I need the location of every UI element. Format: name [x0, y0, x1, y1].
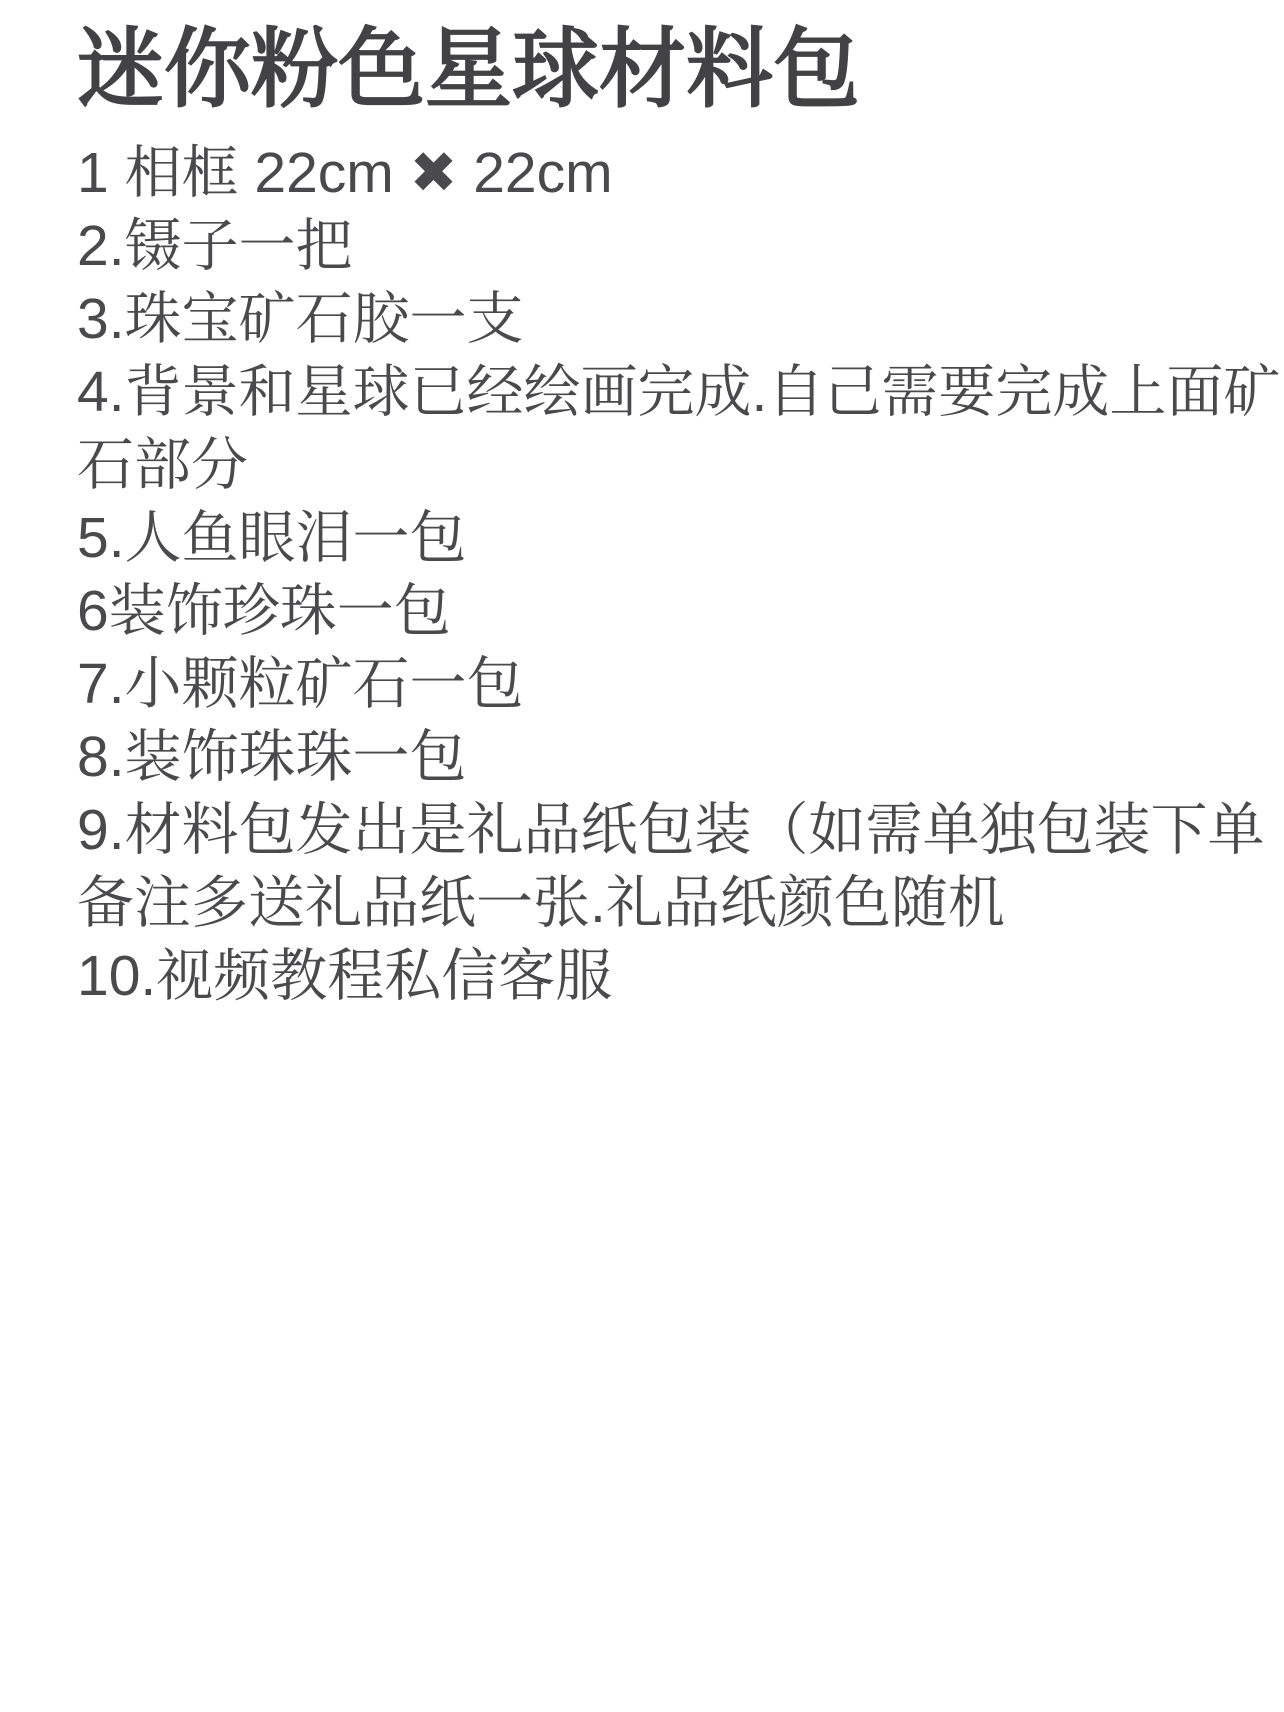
list-line-frame-size: 1 相框 22cm ✖ 22cm: [77, 137, 1267, 210]
list-line-background-note-2: 石部分: [77, 429, 1267, 502]
product-description-page: 迷你粉色星球材料包 1 相框 22cm ✖ 22cm 2.镊子一把 3.珠宝矿石…: [0, 0, 1284, 1712]
list-line-deco-pearls: 6装饰珍珠一包: [77, 575, 1267, 648]
list-line-packaging-note-1: 9.材料包发出是礼品纸包装（如需单独包装下单: [77, 794, 1267, 867]
list-line-gem-glue: 3.珠宝矿石胶一支: [77, 283, 1267, 356]
materials-list: 1 相框 22cm ✖ 22cm 2.镊子一把 3.珠宝矿石胶一支 4.背景和星…: [77, 137, 1267, 1013]
list-line-video-tutorial: 10.视频教程私信客服: [77, 940, 1267, 1013]
list-line-small-ore: 7.小颗粒矿石一包: [77, 648, 1267, 721]
list-line-background-note-1: 4.背景和星球已经绘画完成.自己需要完成上面矿: [77, 356, 1267, 429]
list-line-mermaid-tears: 5.人鱼眼泪一包: [77, 502, 1267, 575]
list-line-packaging-note-2: 备注多送礼品纸一张.礼品纸颜色随机: [77, 867, 1267, 940]
product-title: 迷你粉色星球材料包: [77, 18, 1267, 122]
list-line-deco-beads: 8.装饰珠珠一包: [77, 721, 1267, 794]
list-line-tweezers: 2.镊子一把: [77, 210, 1267, 283]
